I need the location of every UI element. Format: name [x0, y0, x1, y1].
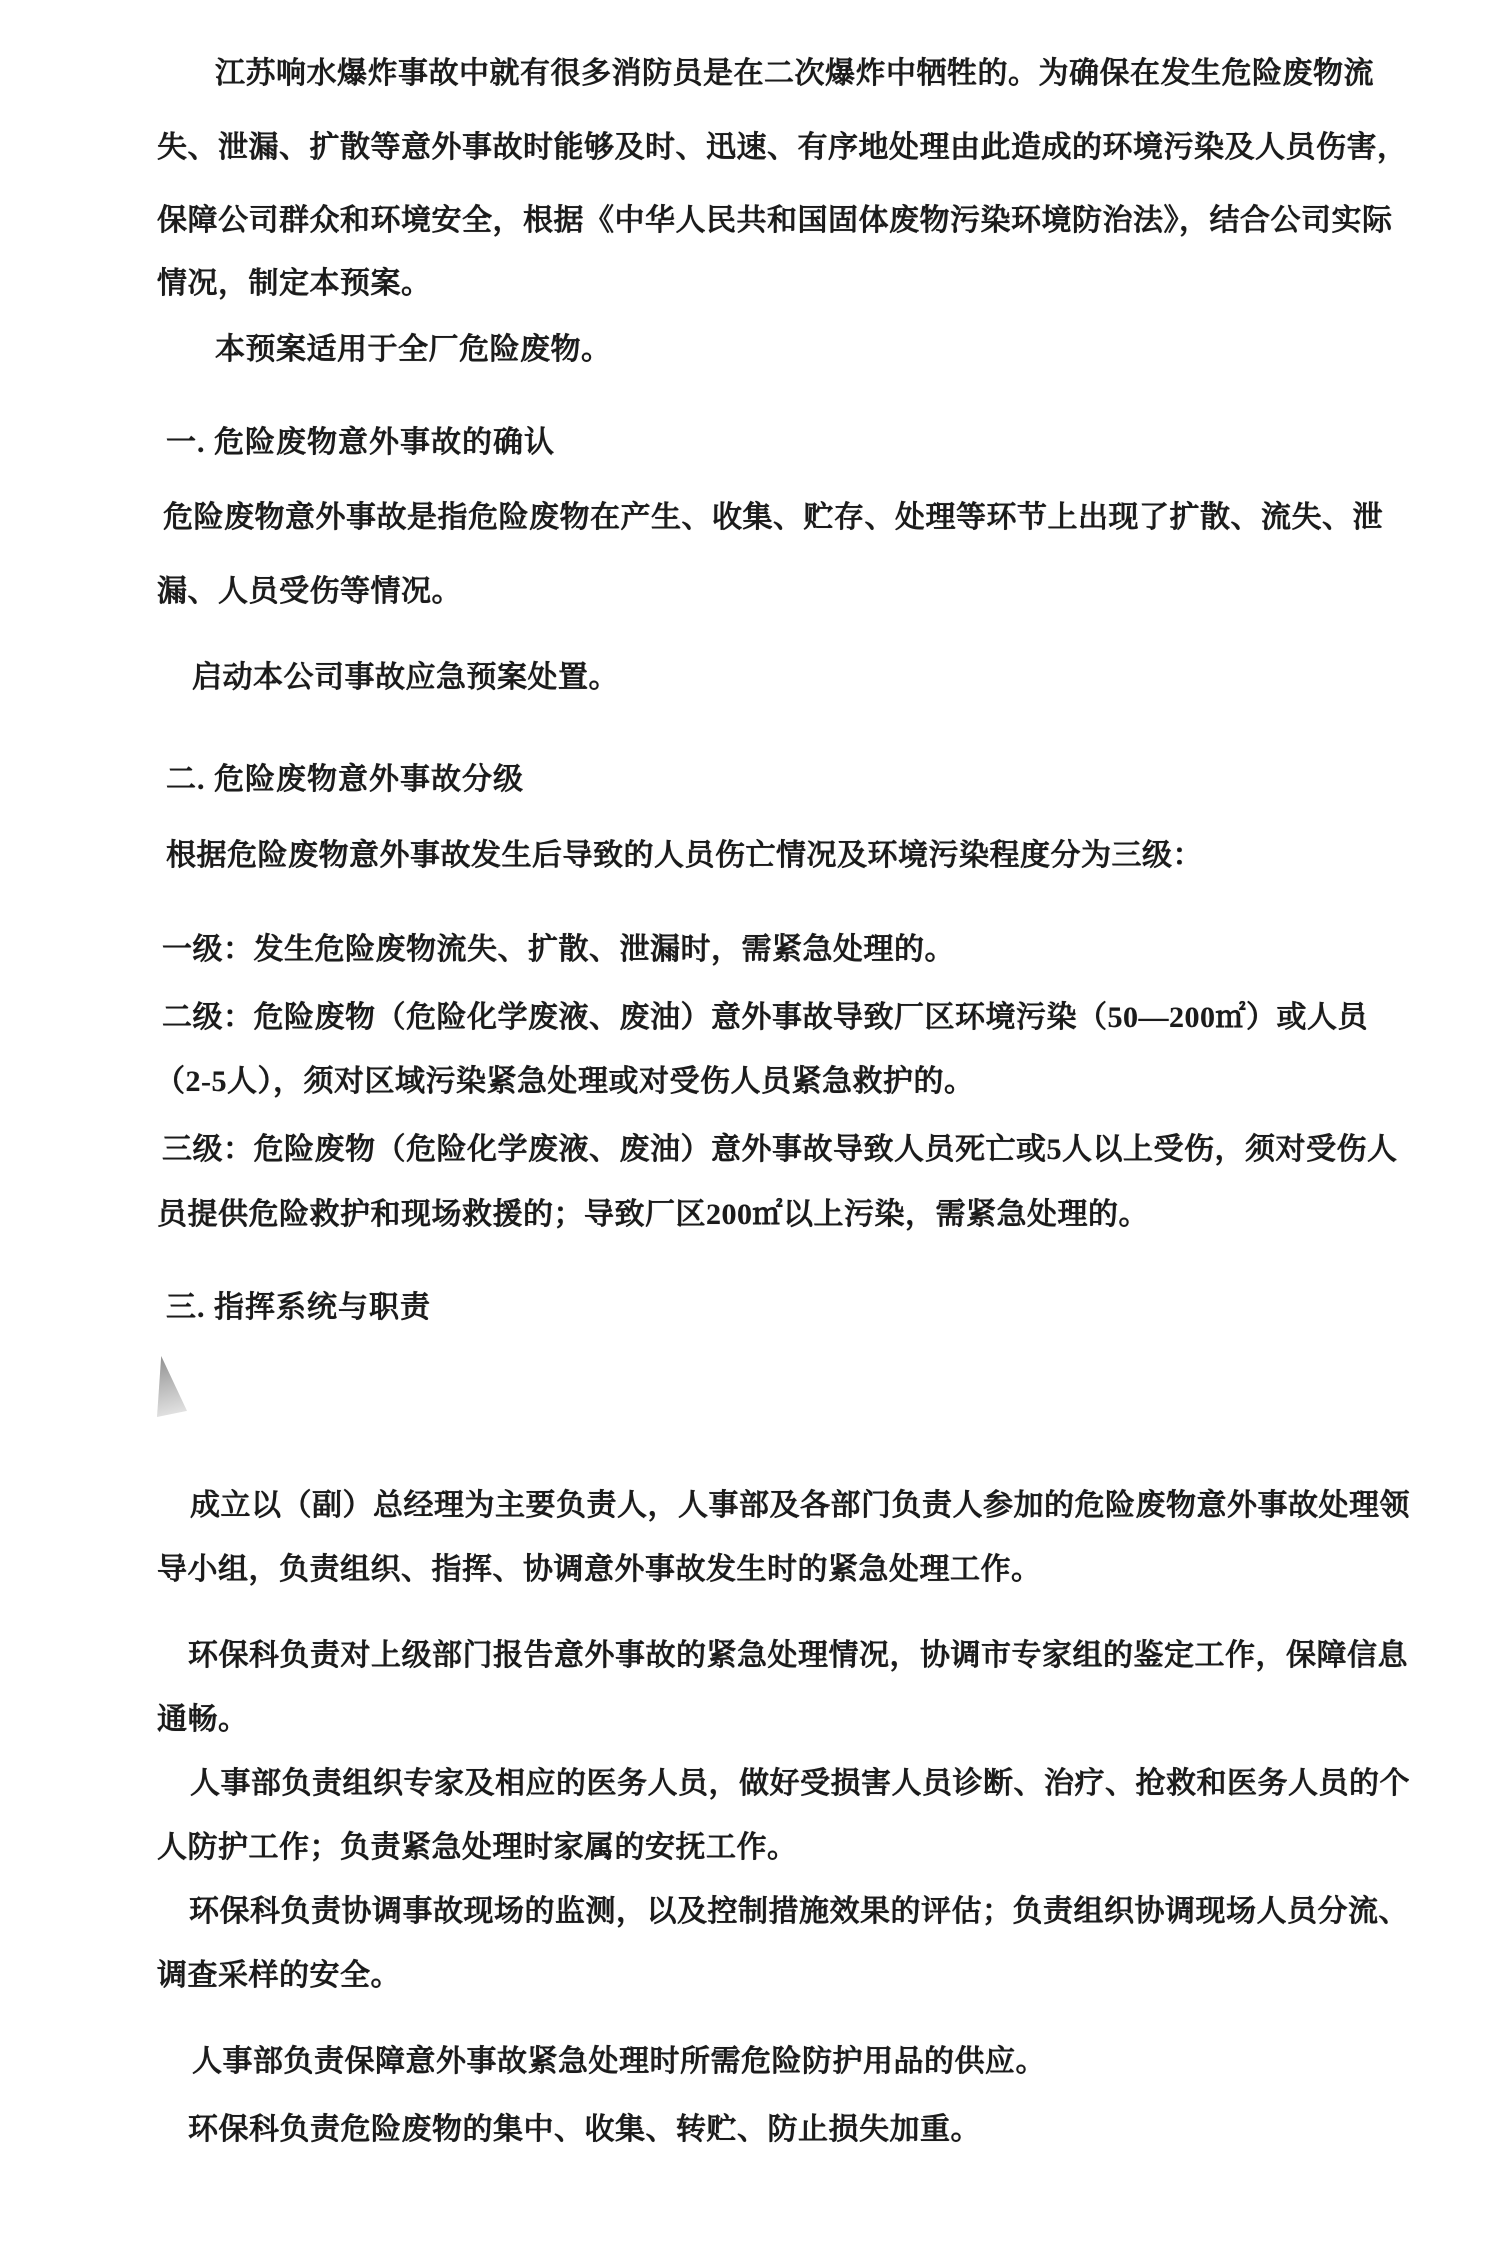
paragraph-line: 导小组，负责组织、指挥、协调意外事故发生时的紧急处理工作。	[157, 1552, 1042, 1588]
paragraph-line: 二级：危险废物（危险化学废液、废油）意外事故导致厂区环境污染（50—200㎡）或…	[162, 1000, 1368, 1036]
paragraph-line: 环保科负责对上级部门报告意外事故的紧急处理情况，协调市专家组的鉴定工作，保障信息	[188, 1638, 1408, 1674]
paragraph-line: 启动本公司事故应急预案处置。	[192, 660, 619, 696]
section-heading-3: 三. 指挥系统与职责	[166, 1290, 431, 1326]
paragraph-line: 人事部负责保障意外事故紧急处理时所需危险防护用品的供应。	[192, 2044, 1046, 2080]
paragraph-line: 环保科负责协调事故现场的监测，以及控制措施效果的评估；负责组织协调现场人员分流、	[189, 1894, 1409, 1930]
paragraph-line: 漏、人员受伤等情况。	[157, 574, 462, 610]
paragraph-line: 员提供危险救护和现场救援的；导致厂区200㎡以上污染，需紧急处理的。	[157, 1197, 1149, 1233]
paragraph-line: 环保科负责危险废物的集中、收集、转贮、防止损失加重。	[188, 2112, 981, 2148]
paragraph-line: 人防护工作；负责紧急处理时家属的安抚工作。	[157, 1830, 798, 1866]
paragraph-line: 情况，制定本预案。	[157, 266, 432, 302]
paragraph-line: 一级：发生危险废物流失、扩散、泄漏时，需紧急处理的。	[162, 932, 955, 968]
paragraph-line: 危险废物意外事故是指危险废物在产生、收集、贮存、处理等环节上出现了扩散、流失、泄	[163, 500, 1383, 536]
paragraph-line: 通畅。	[157, 1702, 249, 1738]
paragraph-line: 三级：危险废物（危险化学废液、废油）意外事故导致人员死亡或5人以上受伤，须对受伤…	[162, 1132, 1398, 1168]
paragraph-line: 江苏响水爆炸事故中就有很多消防员是在二次爆炸中牺牲的。为确保在发生危险废物流	[215, 56, 1374, 92]
gray-triangle-artifact	[157, 1356, 187, 1417]
paragraph-line: 成立以（副）总经理为主要负责人，人事部及各部门负责人参加的危险废物意外事故处理领	[190, 1488, 1410, 1524]
paragraph-line: （2-5人），须对区域污染紧急处理或对受伤人员紧急救护的。	[155, 1064, 975, 1100]
paragraph-line: 人事部负责组织专家及相应的医务人员，做好受损害人员诊断、治疗、抢救和医务人员的个	[190, 1766, 1410, 1802]
paragraph-line: 失、泄漏、扩散等意外事故时能够及时、迅速、有序地处理由此造成的环境污染及人员伤害…	[157, 130, 1408, 166]
paragraph-line: 本预案适用于全厂危险废物。	[215, 332, 612, 368]
section-heading-1: 一. 危险废物意外事故的确认	[166, 425, 555, 461]
paragraph-line: 保障公司群众和环境安全，根据《中华人民共和国固体废物污染环境防治法》，结合公司实…	[157, 203, 1393, 239]
paragraph-line: 调查采样的安全。	[157, 1958, 401, 1994]
document-page: 江苏响水爆炸事故中就有很多消防员是在二次爆炸中牺牲的。为确保在发生危险废物流 失…	[0, 0, 1499, 2261]
paragraph-line: 根据危险废物意外事故发生后导致的人员伤亡情况及环境污染程度分为三级：	[166, 838, 1203, 874]
section-heading-2: 二. 危险废物意外事故分级	[166, 762, 524, 798]
